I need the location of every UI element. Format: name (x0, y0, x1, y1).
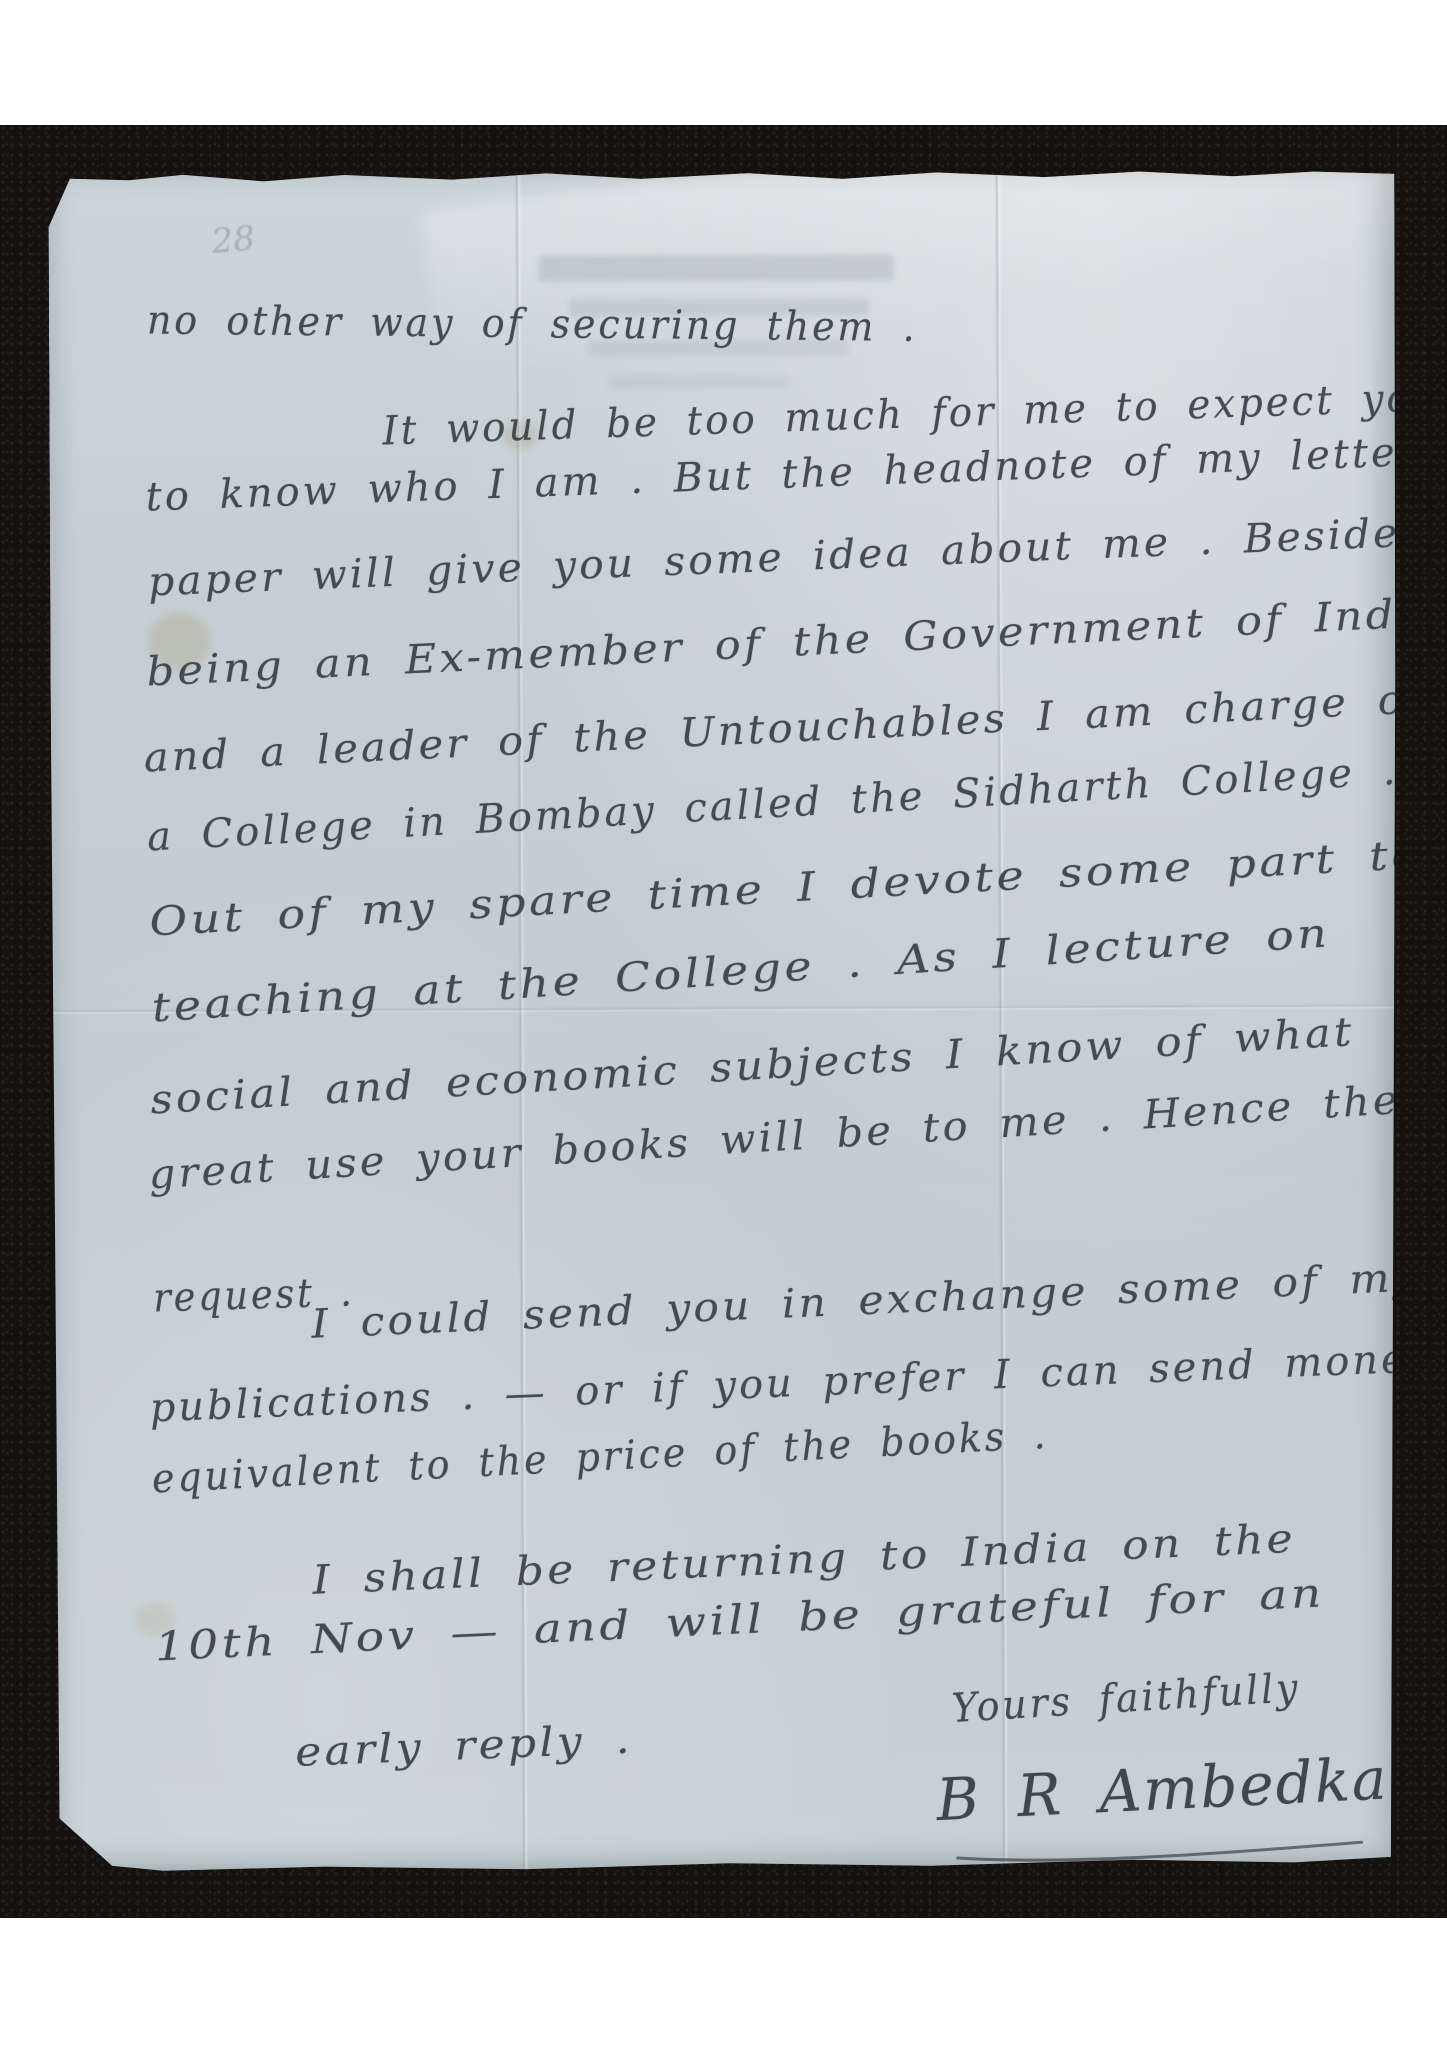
handwriting-line-13: I could send you in exchange some of my (310, 1255, 1420, 1346)
signature-underline (954, 1839, 1366, 1867)
scanned-letter-page: { "document": { "kind": "Handwritten let… (0, 0, 1447, 2048)
handwriting-line-1: no other way of securing them . (147, 299, 918, 350)
photograph-black-fabric-backdrop: 28 no other way of securing them . It wo… (0, 125, 1447, 1918)
handwriting-line-5: being an Ex-member of the Government of … (145, 591, 1443, 695)
letterhead-bleed-through-line-4 (609, 375, 789, 390)
handwriting-line-14: publications . — or if you prefer I can … (149, 1336, 1434, 1430)
handwriting-line-18: early reply . (294, 1718, 633, 1775)
handwriting-line-4: paper will give you some idea about me .… (147, 510, 1425, 604)
letter-sheet: 28 no other way of securing them . It wo… (48, 167, 1401, 1873)
letterhead-bleed-through-line-1 (539, 254, 894, 282)
pencil-page-number: 28 (210, 218, 257, 262)
handwriting-line-3: to know who I am . But the headnote of m… (145, 430, 1421, 520)
